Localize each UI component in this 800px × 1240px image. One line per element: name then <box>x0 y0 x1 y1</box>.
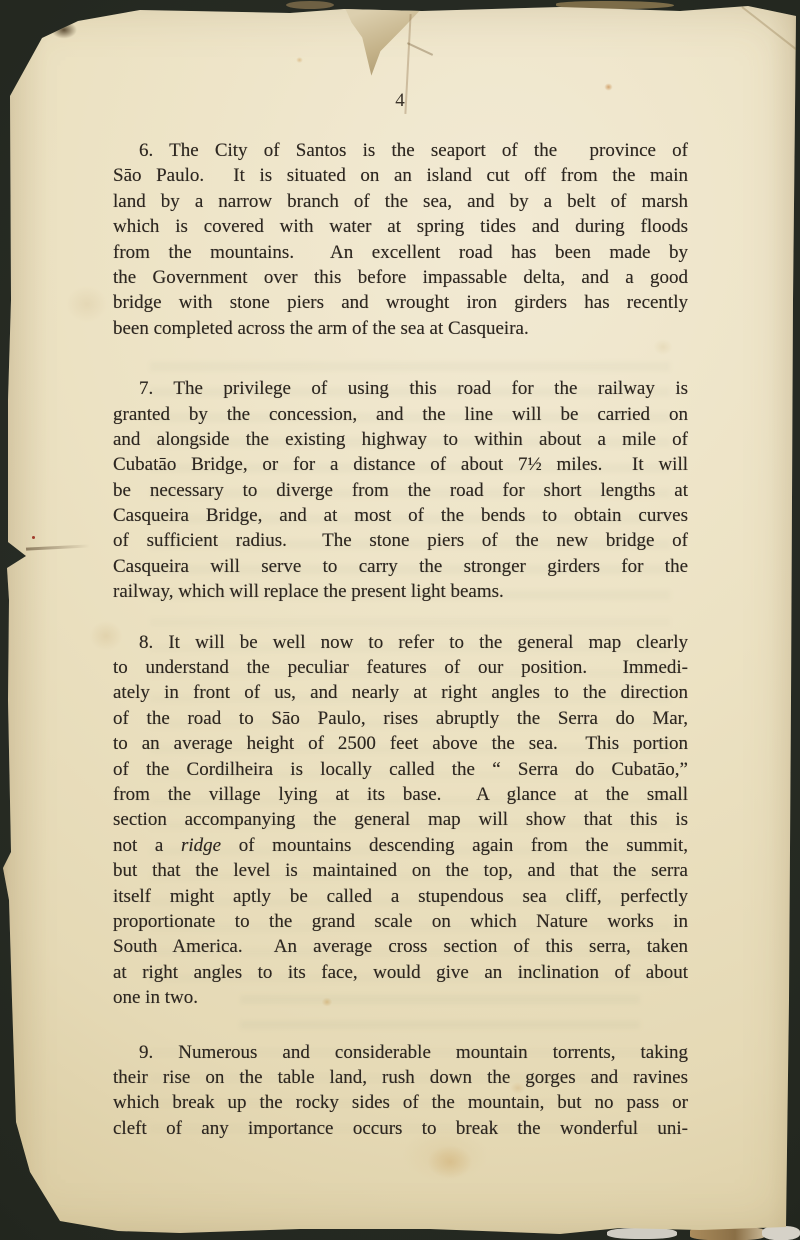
text-line: one in two. <box>113 985 688 1010</box>
paper-fragment <box>607 1228 677 1239</box>
text-line: from the village lying at its base. A gl… <box>113 782 688 807</box>
text-line: to an average height of 2500 feet above … <box>113 731 688 756</box>
text-line: been completed across the arm of the sea… <box>113 316 688 341</box>
text-line: of the road to Sāo Paulo, rises abruptly… <box>113 706 688 731</box>
text-line: Casqueira will serve to carry the strong… <box>113 554 688 579</box>
foxing-spot <box>60 280 114 328</box>
text-line: land by a narrow branch of the sea, and … <box>113 189 688 214</box>
text-line: 9. Numerous and considerable mountain to… <box>113 1040 688 1065</box>
text-line: which is covered with water at spring ti… <box>113 214 688 239</box>
text-line: Sāo Paulo. It is situated on an island c… <box>113 163 688 188</box>
foxing-spot <box>420 1140 480 1184</box>
paragraph-7: 7. The privilege of using this road for … <box>113 376 688 605</box>
torn-edge-fragment <box>286 1 334 9</box>
red-speck <box>32 536 35 539</box>
text-line: 7. The privilege of using this road for … <box>113 376 688 401</box>
burn-mark <box>12 58 24 72</box>
text-line: South America. An average cross section … <box>113 934 688 959</box>
text-line: at right angles to its face, would give … <box>113 960 688 985</box>
text-line: itself might aptly be called a stupendou… <box>113 884 688 909</box>
page-text: 4 6. The City of Santos is the seaport o… <box>113 0 688 1141</box>
text-line: granted by the concession, and the line … <box>113 402 688 427</box>
text-line: of the Cordilheira is locally called the… <box>113 757 688 782</box>
text-line: Casqueira Bridge, and at most of the ben… <box>113 503 688 528</box>
text-line: proportionate to the grand scale on whic… <box>113 909 688 934</box>
text-line: bridge with stone piers and wrought iron… <box>113 290 688 315</box>
tear-notch-crack <box>26 544 90 550</box>
page-number: 4 <box>113 88 688 114</box>
text-line: 6. The City of Santos is the seaport of … <box>113 138 688 163</box>
text-line: from the mountains. An excellent road ha… <box>113 240 688 265</box>
text-line: be necessary to diverge from the road fo… <box>113 478 688 503</box>
text-line: but that the level is maintained on the … <box>113 858 688 883</box>
text-line: railway, which will replace the present … <box>113 579 688 604</box>
text-line: cleft of any importance occurs to break … <box>113 1116 688 1141</box>
text-line: which break up the rocky sides of the mo… <box>113 1090 688 1115</box>
text-line: their rise on the table land, rush down … <box>113 1065 688 1090</box>
document-page: 4 6. The City of Santos is the seaport o… <box>0 0 800 1240</box>
text-line: ately in front of us, and nearly at righ… <box>113 680 688 705</box>
paragraph-6: 6. The City of Santos is the seaport of … <box>113 138 688 341</box>
paper-fragment <box>762 1226 800 1240</box>
text-line: Cubatāo Bridge, or for a distance of abo… <box>113 452 688 477</box>
text-line: not a ridge of mountains descending agai… <box>113 833 688 858</box>
scan-background: 4 6. The City of Santos is the seaport o… <box>0 0 800 1240</box>
text-line: of sufficient radius. The stone piers of… <box>113 528 688 553</box>
text-line: and alongside the existing highway to wi… <box>113 427 688 452</box>
text-line: the Government over this before impassab… <box>113 265 688 290</box>
text-line: to understand the peculiar features of o… <box>113 655 688 680</box>
text-line: section accompanying the general map wil… <box>113 807 688 832</box>
corner-crease <box>741 6 797 51</box>
paragraph-8: 8. It will be well now to refer to the g… <box>113 630 688 1011</box>
paragraph-container: 6. The City of Santos is the seaport of … <box>113 138 688 1141</box>
text-line: 8. It will be well now to refer to the g… <box>113 630 688 655</box>
paragraph-9: 9. Numerous and considerable mountain to… <box>113 1040 688 1142</box>
burn-mark <box>46 18 82 42</box>
